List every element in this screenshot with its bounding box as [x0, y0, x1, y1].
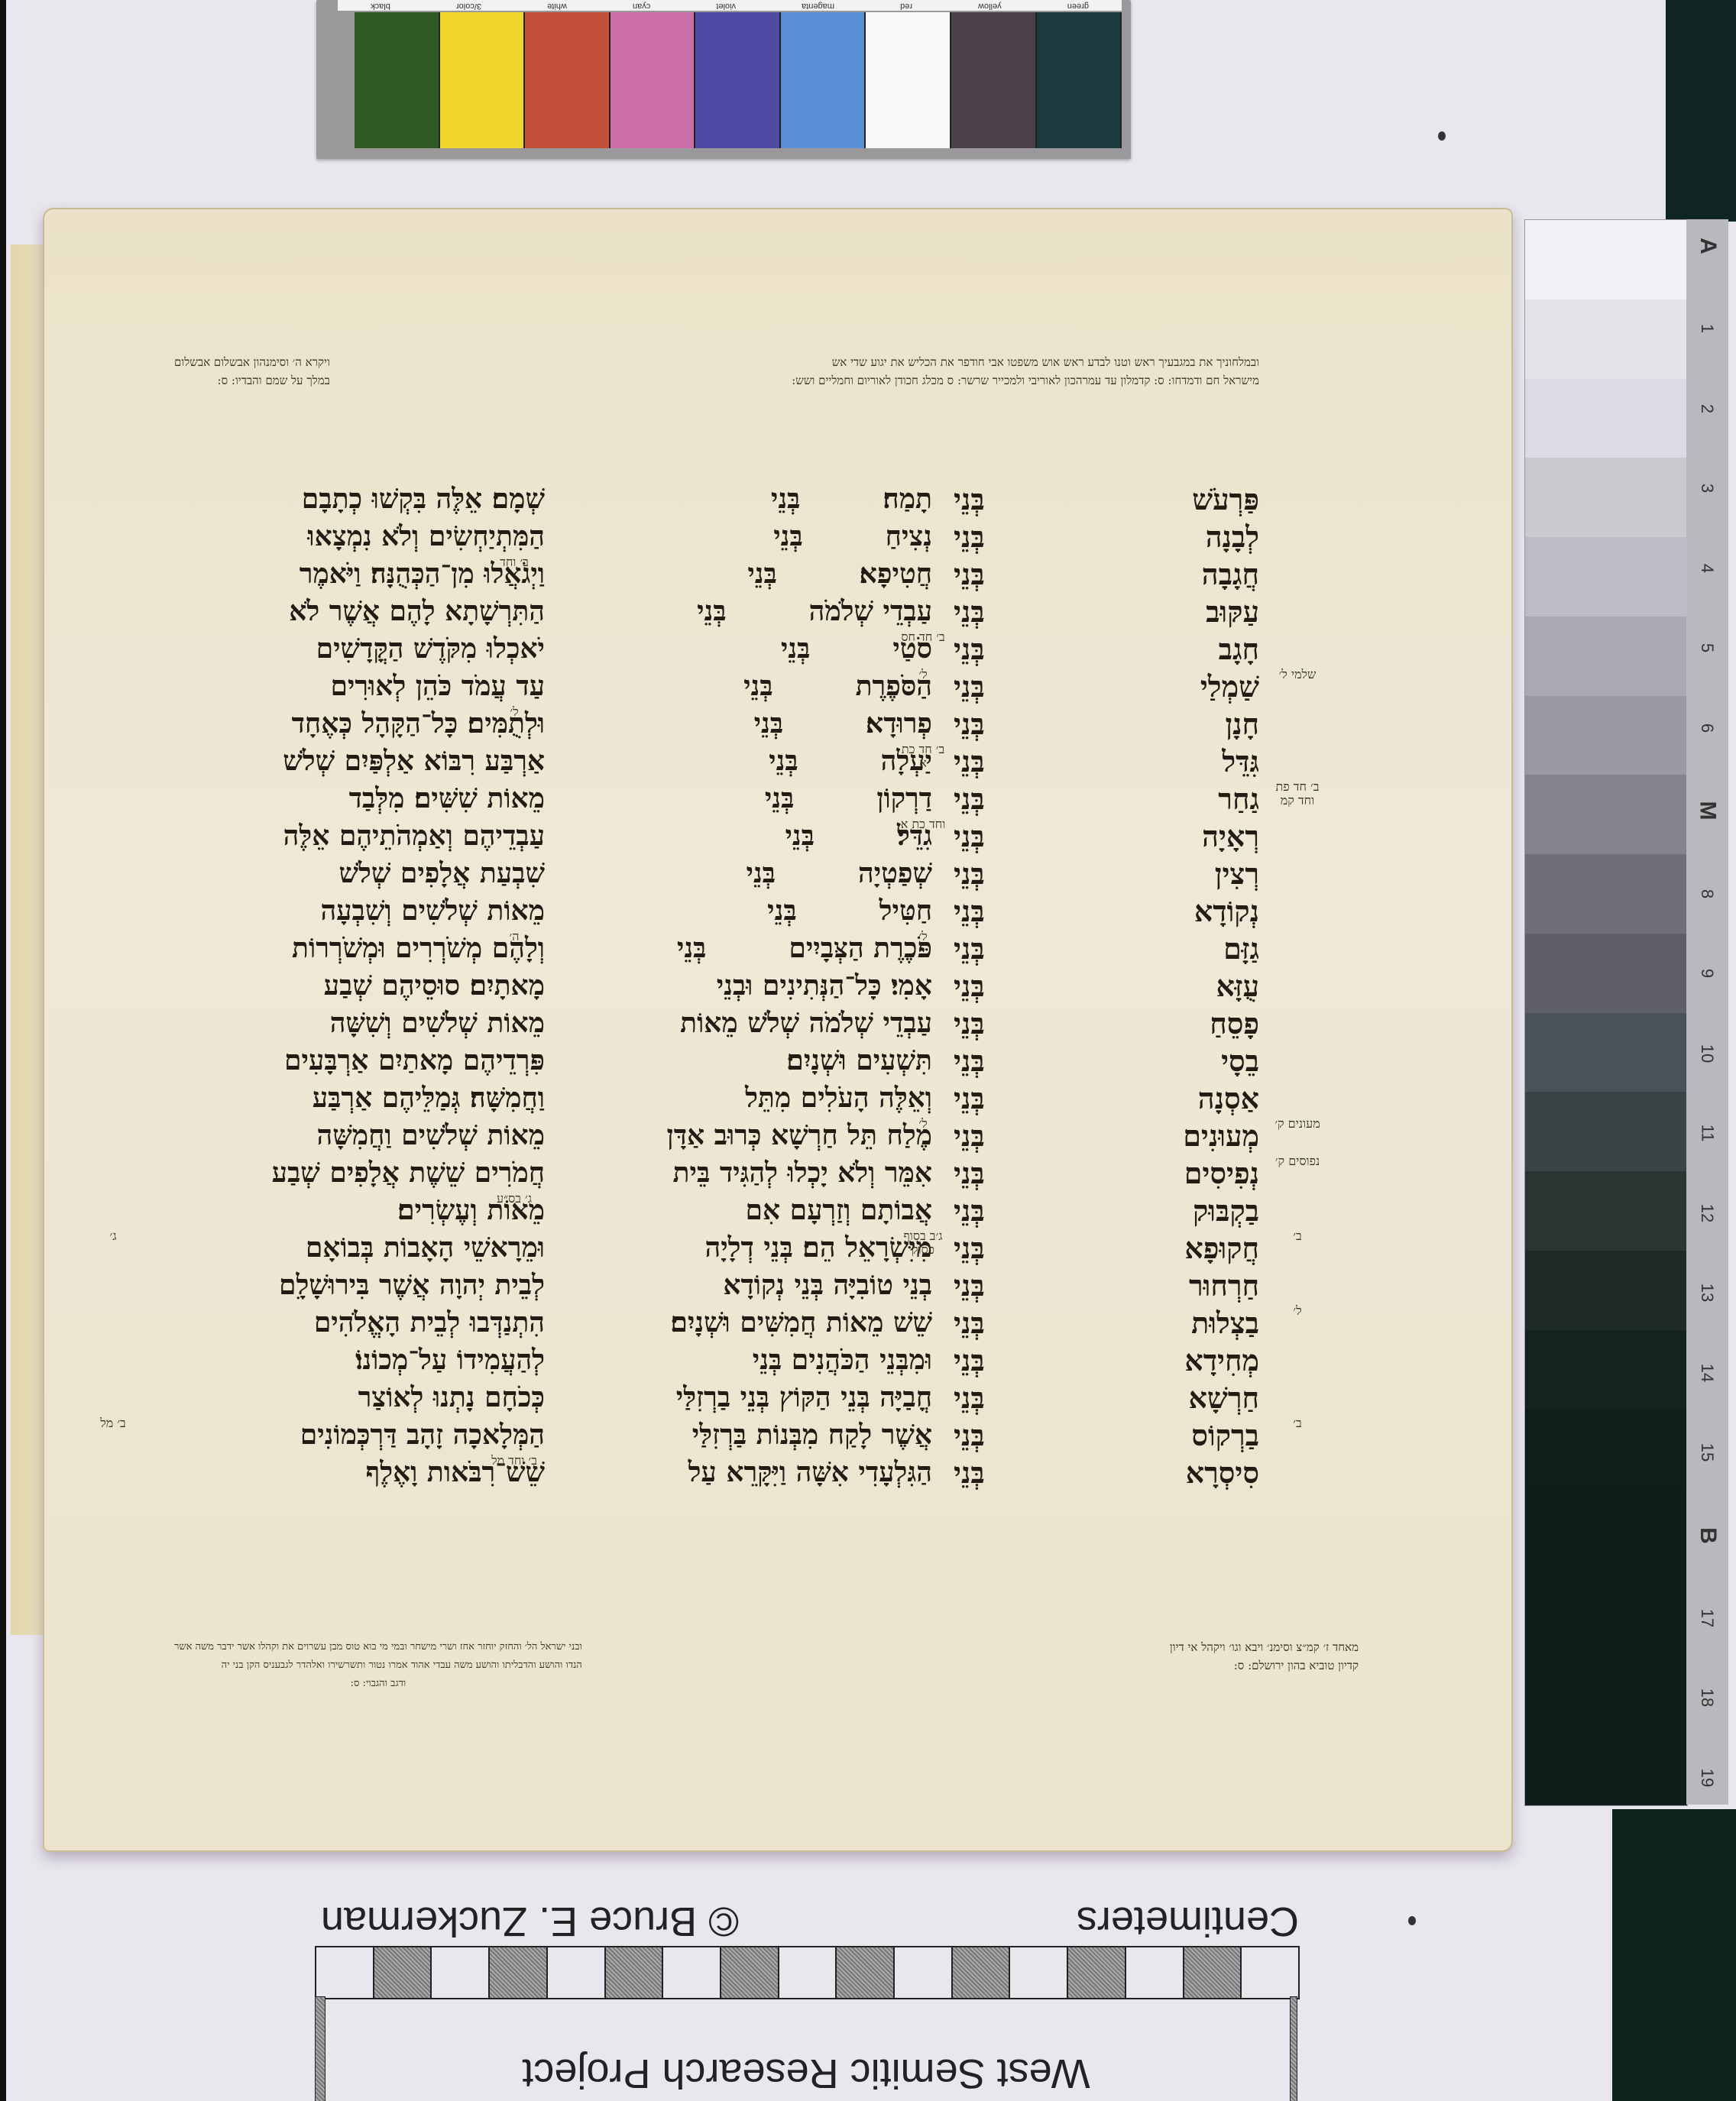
- text-line: עַבְדֵיהֶם וְאַמְהֹתֵיהֶם אֵלֶּה: [155, 817, 545, 855]
- ruler-mark: A: [1694, 238, 1720, 254]
- list-entry: פַּרְעֹשׁבְּנֵי: [954, 481, 1259, 518]
- dark-background-bottom-right: [1612, 1809, 1736, 2101]
- masora-parva-note: ל׳: [1274, 1304, 1320, 1318]
- color-patch: [695, 12, 781, 148]
- text-line: הַגִּלְעָדִי אִשָּׁה וַיִּקָּרֵא עַל: [550, 1454, 932, 1491]
- dark-background-top-right: [1666, 0, 1736, 222]
- gray-step: [1525, 775, 1687, 854]
- bne-word: בְּנֵי: [954, 1044, 985, 1079]
- list-entry: בַצְלוּתבְּנֵי: [954, 1304, 1259, 1342]
- text-column-left: שְׁמָם׃ אֵלֶּה בִּקְשׁוּ כְתָבָםהַמִּתְי…: [155, 481, 545, 1491]
- scale-segment: [662, 1947, 720, 1998]
- list-entry: שַׁמְלַיבְּנֵי: [954, 668, 1259, 705]
- family-name: חֲגָבָה: [1202, 557, 1259, 592]
- family-name: חַרְשָׁא: [1189, 1381, 1259, 1416]
- gray-step: [1525, 1568, 1687, 1647]
- family-name: מְעוּנִים: [1183, 1118, 1259, 1154]
- masora-parva-note: ב׳ חד פת וחד קמ: [1274, 780, 1320, 808]
- color-label: green: [1067, 0, 1089, 11]
- text-line: מֵאוֹת שְׁלֹשִׁים וַחֲמִשָּׁה: [155, 1117, 545, 1154]
- gray-step: [1525, 1171, 1687, 1251]
- ruler-mark: 9: [1698, 969, 1718, 978]
- masora-line: מישראל חם ודמדחו: ס: קדמלון עד עמרהכון ל…: [792, 371, 1259, 390]
- family-name: חַרְחוּר: [1189, 1268, 1259, 1303]
- gray-step: [1525, 1251, 1687, 1330]
- family-name: בַצְלוּת: [1191, 1306, 1259, 1341]
- scale-segment: [430, 1947, 488, 1998]
- bne-word: בְּנֵי: [954, 1381, 985, 1416]
- scale-segment: [373, 1947, 431, 1998]
- gray-scale-strip: [1524, 219, 1688, 1806]
- list-entry: חָנָןבְּנֵי: [954, 705, 1259, 743]
- scale-segment: [893, 1947, 951, 1998]
- masora-parva-note: ג׳ בס״ע: [491, 1192, 537, 1206]
- text-line: מִיִּשְׂרָאֵל הֵם׃ בְּנֵי דְלָיָה: [550, 1229, 932, 1267]
- text-line: וְלָהֶם מְשֹׁרְרִים וּמְשֹׁרְרוֹת: [155, 930, 545, 967]
- masora-magna-top-left: ויקרא ה׳ וסימנהון אבשלום אבשלום במלך על …: [174, 353, 330, 390]
- color-calibration-chart: greenyellowredmagentavioletcyanwhite3/co…: [316, 0, 1131, 159]
- ruler-mark: 12: [1697, 1203, 1717, 1222]
- color-patches: [355, 12, 1122, 148]
- bne-word: בְּנֵי: [954, 594, 985, 630]
- list-entry: חָגָבבְּנֵי: [954, 630, 1259, 668]
- text-line: הַמִּתְיַחְשִׂים וְלֹא נִמְצָאוּ: [155, 518, 545, 555]
- masora-parva-note: מעונים ק׳: [1274, 1117, 1320, 1131]
- text-line: הַסֹּפֶרֶת בְּנֵי: [550, 668, 932, 705]
- color-label: violet: [716, 0, 736, 11]
- list-entry: נְקוֹדָאבְּנֵי: [954, 892, 1259, 930]
- text-line: עַבְדֵי שְׁלֹמֹה שְׁלֹשׁ מֵאוֹת: [550, 1005, 932, 1042]
- text-line: מֵאוֹת שְׁלֹשִׁים וְשִׁשָּׁה: [155, 1005, 545, 1042]
- text-line: אֲבוֹתָם וְזַרְעָם אִם: [550, 1192, 932, 1229]
- color-label: white: [547, 0, 567, 11]
- bne-word: בְּנֵי: [954, 894, 985, 929]
- text-line: תָמַח׃ בְּנֵי: [550, 481, 932, 518]
- masora-parva-note: ב׳: [1274, 1416, 1320, 1430]
- gray-step: [1525, 379, 1687, 458]
- bne-word: בְּנֵי: [954, 557, 985, 592]
- text-line: וּלְתֻמִּים׃ כָּל־הַקָּהָל כְּאֶחָד: [155, 705, 545, 743]
- list-entry: עַקּוּבבְּנֵי: [954, 593, 1259, 630]
- family-name: נְפִיסִים: [1184, 1156, 1259, 1191]
- bne-word: בְּנֵי: [954, 1231, 985, 1266]
- text-line: עַבְדֵי שְׁלֹמֹה בְּנֵי: [550, 593, 932, 630]
- text-line: הַמְּלָאכָה זָהָב דַּרְכְּמוֹנִים: [155, 1416, 545, 1454]
- list-entry: מְחִידָאבְּנֵי: [954, 1342, 1259, 1379]
- color-patch: [781, 12, 866, 148]
- bne-word: בְּנֵי: [954, 856, 985, 892]
- text-line: וַיְגֹאֲלוּ מִן־הַכְּהֻנָּה׃ וַיֹּאמֶר: [155, 555, 545, 593]
- family-name: רְצִין: [1215, 856, 1259, 892]
- bne-word: בְּנֵי: [954, 1343, 985, 1378]
- list-entry: עֻזָּאבְּנֵי: [954, 967, 1259, 1005]
- ruler-mark: M: [1695, 801, 1721, 821]
- bne-word: בְּנֵי: [954, 782, 985, 817]
- ruler-mark: 17: [1697, 1609, 1717, 1627]
- color-label: yellow: [978, 0, 1002, 11]
- masora-parva-note: נפוסים ק׳: [1274, 1154, 1320, 1168]
- scale-segment: [835, 1947, 893, 1998]
- copyright-label: © Bruce E. Zuckerman: [321, 1898, 739, 1945]
- scale-segment: [546, 1947, 604, 1998]
- scale-caption-top: Centimeters © Bruce E. Zuckerman: [321, 1895, 1299, 1948]
- masora-line: במלך על שמם והבדיו: ס:: [174, 371, 330, 390]
- scale-segment: [316, 1947, 373, 1998]
- text-line: שְׁפַטְיָה בְּנֵי: [550, 855, 932, 892]
- text-column-right: פַּרְעֹשׁבְּנֵילְבָנָהבְּנֵיחֲגָבָהבְּנֵ…: [954, 481, 1259, 1491]
- masora-magna-bottom-right: מאחד ז׳ קמ״צ וסימנ׳ ויבא וגו׳ ויקהל אי ד…: [1170, 1638, 1359, 1675]
- centimeters-label: Centimeters: [1077, 1898, 1299, 1945]
- ruler-mark: 13: [1697, 1284, 1717, 1302]
- gray-step: [1525, 537, 1687, 617]
- ruler-mark: 4: [1698, 564, 1718, 573]
- text-line: אָמִי׃ כָּל־הַנְּתִינִים וּבְנֵי: [550, 967, 932, 1005]
- text-line: וּמֵרָאשֵׁי הָאָבוֹת בְּבוֹאָם: [155, 1229, 545, 1267]
- text-line: נְצִיחַ בְּנֵי: [550, 518, 932, 555]
- bne-word: בְּנֵי: [954, 1081, 985, 1116]
- list-entry: בֵסָיבְּנֵי: [954, 1042, 1259, 1080]
- masora-line: ויקרא ה׳ וסימנהון אבשלום אבשלום: [174, 353, 330, 371]
- text-line: פְרוּדָא׃ בְּנֵי: [550, 705, 932, 743]
- color-patch: [611, 12, 696, 148]
- dust-speck: [1438, 131, 1446, 141]
- masora-line: ובמלחוניך את במגבעיך ראש וטנו לבדע ראש א…: [792, 353, 1259, 371]
- list-entry: רְצִיןבְּנֵי: [954, 855, 1259, 892]
- text-line: פִּרְדֵיהֶם מָאתַיִם אַרְבָּעִים: [155, 1042, 545, 1080]
- color-label: magenta: [802, 0, 834, 11]
- masora-parva-note: ל׳: [900, 930, 946, 944]
- list-entry: סִיסְרָאבְּנֵי: [954, 1454, 1259, 1491]
- bne-word: בְּנֵי: [954, 669, 985, 704]
- text-line: גִדֵּל׃ בְּנֵי: [550, 817, 932, 855]
- text-line: לְהַעֲמִידוֹ עַל־מְכוֹנוֹ׃: [155, 1342, 545, 1379]
- text-line: דַרְקוֹן בְּנֵי: [550, 780, 932, 817]
- gray-step: [1525, 299, 1687, 379]
- ruler-mark: 6: [1698, 724, 1718, 733]
- family-name: שַׁמְלַי: [1200, 669, 1259, 704]
- manuscript-page: ובמלחוניך את במגבעיך ראש וטנו לבדע ראש א…: [43, 208, 1513, 1852]
- bne-word: בְּנֵי: [954, 520, 985, 555]
- text-line: שֵׁשׁ־רִבֹּאות וָאֶלֶף: [155, 1454, 545, 1491]
- text-line: לְבֵית יְהוָה אֲשֶׁר בִּירוּשָׁלִָם: [155, 1267, 545, 1304]
- scale-segment: [778, 1947, 836, 1998]
- text-line: חֲמֹרִים שֵׁשֶׁת אֲלָפִים שְׁבַע: [155, 1154, 545, 1192]
- family-name: נְקוֹדָא: [1194, 894, 1259, 929]
- text-line: אֲשֶׁר לָקַח מִבְּנוֹת בַּרְזִלַּי: [550, 1416, 932, 1454]
- ruler-mark: 18: [1697, 1688, 1717, 1707]
- text-line: שְׁמָם׃ אֵלֶּה בִּקְשׁוּ כְתָבָם: [155, 481, 545, 518]
- gray-step: [1525, 696, 1687, 775]
- scale-segment: [1183, 1947, 1241, 1998]
- color-patch: [355, 12, 440, 148]
- list-entry: בַרְקוֹסבְּנֵי: [954, 1416, 1259, 1454]
- bne-word: בְּנֵי: [954, 482, 985, 517]
- list-entry: רְאָיָהבְּנֵי: [954, 817, 1259, 855]
- gray-step: [1525, 1330, 1687, 1410]
- bne-word: בְּנֵי: [954, 1268, 985, 1303]
- masora-parva-note: ב׳ מל: [90, 1416, 136, 1430]
- text-line: וּמִבְּנֵי הַכֹּהֲנִים בְּנֵי: [550, 1342, 932, 1379]
- gray-step: [1525, 1647, 1687, 1727]
- text-line: מָאתָיִם׃ סוּסֵיהֶם שְׁבַע: [155, 967, 545, 1005]
- family-name: גַחַר: [1218, 782, 1259, 817]
- masora-parva-note: ל׳: [900, 668, 946, 681]
- ruler-mark: 5: [1698, 643, 1718, 652]
- masora-parva-note: ל׳: [900, 1117, 946, 1131]
- text-line: וְאֵלֶּה הָעֹלִים מִתֵּל: [550, 1080, 932, 1117]
- text-line: מֵאוֹת שִׁשִּׁים׃ מִלְּבַד: [155, 780, 545, 817]
- masora-line: קדיון טוביא בהון ירושלם: ס:: [1170, 1656, 1359, 1675]
- ruler-mark: 11: [1698, 1125, 1718, 1142]
- masora-parva-note: ב׳ וחד מל: [491, 1454, 537, 1468]
- list-entry: חַרְחוּרבְּנֵי: [954, 1267, 1259, 1304]
- gray-step: [1525, 934, 1687, 1013]
- scale-segment: [720, 1947, 778, 1998]
- masora-line: מאחד ז׳ קמ״צ וסימנ׳ ויבא וגו׳ ויקהל אי ד…: [1170, 1638, 1359, 1656]
- masora-line: ובני ישראל הל׳ והחזק יוחזר אחז ושרי מישח…: [174, 1638, 582, 1656]
- masora-parva-note: וחד כת א: [900, 817, 946, 831]
- text-line: אִמֵּר וְלֹא יָכְלוּ לְהַגִּיד בֵּית: [550, 1154, 932, 1192]
- list-entry: פָסֵחַבְּנֵי: [954, 1005, 1259, 1042]
- family-name: גִּדֵּל: [1222, 744, 1259, 779]
- gray-step: [1525, 1726, 1687, 1805]
- family-name: מְחִידָא: [1184, 1343, 1259, 1378]
- text-line: שִׁבְעַת אֲלָפִים שְׁלֹשׁ: [155, 855, 545, 892]
- list-entry: גִּדֵּלבְּנֵי: [954, 743, 1259, 780]
- masora-parva-note: ג׳: [90, 1229, 136, 1243]
- text-line: פֹּכֶרֶת הַצְּבָיִים בְּנֵי: [550, 930, 932, 967]
- text-line: סֹטַי בְּנֵי: [550, 630, 932, 668]
- ruler-mark: 3: [1698, 484, 1718, 493]
- text-line: כְּכֹחָם נָתְנוּ לְאוֹצַר: [155, 1379, 545, 1416]
- text-line: יֹאכְלוּ מִקֹּדֶשׁ הַקֳּדָשִׁים: [155, 630, 545, 668]
- masora-parva-note: ל׳: [491, 705, 537, 719]
- text-line: שֵׁשׁ מֵאוֹת חֲמִשִּׁים וּשְׁנָיִם׃: [550, 1304, 932, 1342]
- family-name: אַסְנָה: [1198, 1081, 1259, 1116]
- text-line: מֶלַח תֵּל חַרְשָׁא כְּרוּב אַדָּן: [550, 1117, 932, 1154]
- masora-magna-bottom-left: ובני ישראל הל׳ והחזק יוחזר אחז ושרי מישח…: [174, 1638, 582, 1693]
- bne-word: בְּנֵי: [954, 632, 985, 667]
- text-line: הַתִּרְשָׁתָא לָהֶם אֲשֶׁר לֹא: [155, 593, 545, 630]
- family-name: בֵסָי: [1221, 1044, 1259, 1079]
- list-entry: גַזָּםבְּנֵי: [954, 930, 1259, 967]
- bne-word: בְּנֵי: [954, 1193, 985, 1229]
- text-line: וַחֲמִשָּׁה׃ גְּמַלֵּיהֶם אַרְבַּע: [155, 1080, 545, 1117]
- bne-word: בְּנֵי: [954, 1006, 985, 1041]
- scale-bar-post-left: [315, 1996, 325, 2101]
- dust-speck: [1408, 1916, 1416, 1925]
- masora-line: ודגב והגבוי: ס:: [174, 1675, 582, 1693]
- ruler-mark: 14: [1697, 1363, 1717, 1381]
- text-line: מֵאוֹת וְעֶשְׂרִים׃: [155, 1192, 545, 1229]
- masora-line: הנדו והושע והדבליתו והושע משה עבדי אהוד …: [174, 1656, 582, 1675]
- family-name: עַקּוּב: [1206, 594, 1259, 630]
- color-label: 3/color: [456, 0, 481, 11]
- color-patch: [866, 12, 951, 148]
- family-name: בַרְקוֹס: [1191, 1418, 1259, 1453]
- scale-segment: [604, 1947, 662, 1998]
- ruler-mark: 15: [1697, 1443, 1717, 1462]
- text-line: עַד עֲמֹד כֹּהֵן לְאוּרִים: [155, 668, 545, 705]
- left-dark-border: [0, 0, 6, 2101]
- scale-segment: [488, 1947, 546, 1998]
- masora-parva-note: ב׳ חד כת א: [900, 743, 946, 770]
- gray-step: [1525, 1409, 1687, 1488]
- gray-step: [1525, 1488, 1687, 1568]
- centimeter-ruler: A123456M89101112131415B171819: [1686, 219, 1728, 1805]
- scale-segment: [1125, 1947, 1183, 1998]
- list-entry: מְעוּנִיםבְּנֵי: [954, 1117, 1259, 1154]
- family-name: לְבָנָה: [1206, 520, 1259, 555]
- ruler-mark: 19: [1697, 1769, 1717, 1787]
- text-line: חֳבַיָּה בְּנֵי הַקּוֹץ בְּנֵי בַרְזִלַּ…: [550, 1379, 932, 1416]
- bne-word: בְּנֵי: [954, 707, 985, 742]
- ruler-mark: 10: [1697, 1044, 1717, 1062]
- ruler-mark: 8: [1698, 889, 1718, 898]
- masora-parva-note: ב׳: [1274, 1229, 1320, 1243]
- bne-word: בְּנֵי: [954, 1418, 985, 1453]
- scale-bar: [315, 1946, 1300, 1999]
- text-line: בְנֵי טוֹבִיָּה בְּנֵי נְקוֹדָא: [550, 1267, 932, 1304]
- masora-parva-note: ה׳: [491, 930, 537, 944]
- bne-word: בְּנֵי: [954, 1455, 985, 1491]
- gray-step: [1525, 220, 1687, 299]
- color-patch: [951, 12, 1037, 148]
- family-name: פַּרְעֹשׁ: [1192, 482, 1259, 517]
- text-line: חַטִּיל בְּנֵי: [550, 892, 932, 930]
- gray-step: [1525, 1013, 1687, 1093]
- bne-word: בְּנֵי: [954, 969, 985, 1004]
- text-line: מֵאוֹת שְׁלֹשִׁים וְשִׁבְעָה: [155, 892, 545, 930]
- color-patch: [525, 12, 611, 148]
- bne-word: בְּנֵי: [954, 744, 985, 779]
- color-patch: [440, 12, 526, 148]
- color-chart-labels: greenyellowredmagentavioletcyanwhite3/co…: [338, 0, 1122, 11]
- gray-step: [1525, 458, 1687, 537]
- bne-word: בְּנֵי: [954, 931, 985, 966]
- leaf-edge-left: [11, 244, 46, 1635]
- family-name: רְאָיָה: [1202, 819, 1259, 854]
- masora-parva-note: ב׳ חד חס: [900, 630, 946, 644]
- family-name: גַזָּם: [1223, 931, 1259, 966]
- family-name: סִיסְרָא: [1186, 1455, 1259, 1491]
- list-entry: חֲקוּפָאבְּנֵי: [954, 1229, 1259, 1267]
- text-line: חֲטִיפָא׃ בְּנֵי: [550, 555, 932, 593]
- text-line: תִּשְׁעִים וּשְׁנָיִם׃: [550, 1042, 932, 1080]
- gray-step: [1525, 1092, 1687, 1171]
- bne-word: בְּנֵי: [954, 1156, 985, 1191]
- color-label: red: [900, 0, 912, 11]
- list-entry: נְפִיסִיםבְּנֵי: [954, 1154, 1259, 1192]
- gray-step: [1525, 854, 1687, 934]
- ruler-mark: 1: [1698, 324, 1718, 333]
- ruler-mark: B: [1694, 1527, 1720, 1544]
- ruler-mark: 2: [1698, 404, 1718, 413]
- bne-word: בְּנֵי: [954, 819, 985, 854]
- color-label: black: [371, 0, 390, 11]
- scale-segment: [1240, 1947, 1298, 1998]
- masora-parva-note: שלמי ל׳: [1274, 668, 1320, 681]
- list-entry: אַסְנָהבְּנֵי: [954, 1080, 1259, 1117]
- family-name: פָסֵחַ: [1210, 1006, 1259, 1041]
- list-entry: חַרְשָׁאבְּנֵי: [954, 1379, 1259, 1416]
- color-label: cyan: [633, 0, 650, 11]
- color-patch: [1037, 12, 1122, 148]
- list-entry: חֲגָבָהבְּנֵי: [954, 555, 1259, 593]
- family-name: בַקְבּוּק: [1193, 1193, 1259, 1229]
- family-name: חָנָן: [1225, 707, 1259, 742]
- masora-parva-note: ב׳ וחד: [491, 555, 537, 569]
- masora-magna-top-right: ובמלחוניך את במגבעיך ראש וטנו לבדע ראש א…: [792, 353, 1259, 390]
- bne-word: בְּנֵי: [954, 1306, 985, 1341]
- scale-bar-post-right: [1290, 1996, 1297, 2101]
- masora-parva-note: ג׳ב בסוף פסוק: [900, 1229, 946, 1257]
- project-label: West Semitic Research Project: [382, 2044, 1230, 2097]
- list-entry: בַקְבּוּקבְּנֵי: [954, 1192, 1259, 1229]
- gray-step: [1525, 617, 1687, 696]
- text-column-middle: תָמַח׃ בְּנֵינְצִיחַ בְּנֵיחֲטִיפָא׃ בְּ…: [550, 481, 932, 1491]
- text-line: יַעְלָה בְּנֵי: [550, 743, 932, 780]
- scale-segment: [951, 1947, 1009, 1998]
- family-name: עֻזָּא: [1216, 969, 1260, 1004]
- family-name: חֲקוּפָא: [1184, 1231, 1259, 1266]
- family-name: חָגָב: [1219, 632, 1259, 667]
- list-entry: לְבָנָהבְּנֵי: [954, 518, 1259, 555]
- bne-word: בְּנֵי: [954, 1118, 985, 1154]
- text-line: אַרְבַּע רִבּוֹא אַלְפַּיִם שְׁלֹשׁ: [155, 743, 545, 780]
- list-entry: גַחַרבְּנֵי: [954, 780, 1259, 817]
- text-line: הִתְנַדְּבוּ לְבֵית הָאֱלֹהִים: [155, 1304, 545, 1342]
- scale-segment: [1009, 1947, 1067, 1998]
- scale-segment: [1067, 1947, 1125, 1998]
